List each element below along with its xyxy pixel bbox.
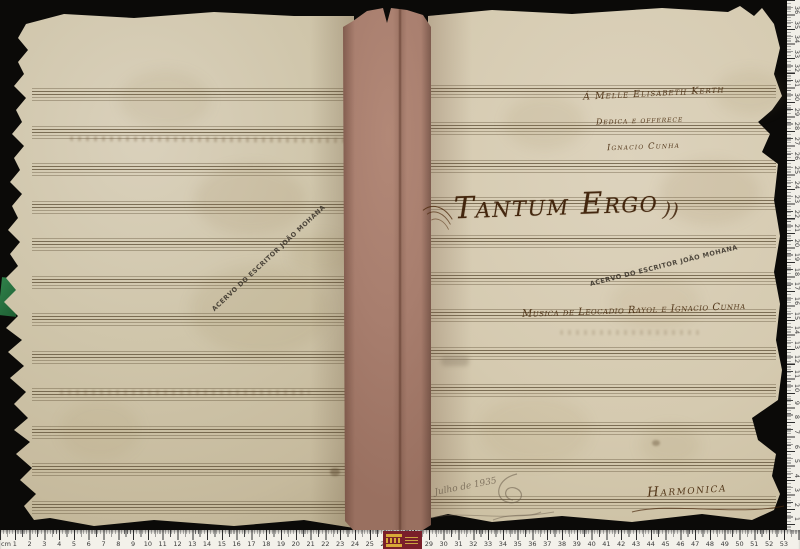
music-staff <box>32 351 352 364</box>
ruler-number-label: 36 <box>793 4 800 16</box>
ruler-number-label: 4 <box>793 470 800 482</box>
ruler-number-label: 36 <box>526 540 538 548</box>
ink-bleedthrough <box>60 390 310 395</box>
archive-logo-text-lines <box>405 537 418 544</box>
ruler-number-label: 1 <box>793 513 800 525</box>
ruler-number-label: 8 <box>112 540 124 548</box>
ruler-number-label: 5 <box>793 455 800 467</box>
ruler-number-label: 14 <box>201 540 213 548</box>
music-staff <box>32 201 352 214</box>
ruler-number-label: 25 <box>364 540 376 548</box>
spine-tape <box>343 5 433 530</box>
ruler-number-label: 31 <box>793 77 800 89</box>
right-page <box>422 4 790 528</box>
ruler-number-label: 15 <box>216 540 228 548</box>
scanned-manuscript-scene: Á Melle Elisabeth Kerth Dedica e offerec… <box>0 0 800 549</box>
ruler-number-label: 49 <box>719 540 731 548</box>
ruler-number-label: 32 <box>793 62 800 74</box>
music-staff <box>32 501 352 514</box>
ruler-number-label: 2 <box>24 540 36 548</box>
music-staff <box>430 422 776 435</box>
ruler-number-label: 25 <box>793 164 800 176</box>
ruler-number-label: 41 <box>600 540 612 548</box>
ruler-number-label: 47 <box>689 540 701 548</box>
ruler-number-label: 22 <box>793 208 800 220</box>
right-page-staves <box>422 4 790 528</box>
ruler-number-label: 29 <box>793 106 800 118</box>
music-staff <box>430 459 776 472</box>
ruler-number-label: 19 <box>275 540 287 548</box>
ruler-number-label: 17 <box>245 540 257 548</box>
ruler-number-label: 50 <box>734 540 746 548</box>
left-page <box>4 6 354 528</box>
ruler-number-label: 53 <box>778 540 790 548</box>
ruler-number-label: 10 <box>142 540 154 548</box>
ruler-number-label: 33 <box>793 48 800 60</box>
ruler-number-label: 21 <box>305 540 317 548</box>
ruler-number-label: 42 <box>615 540 627 548</box>
instrument-underline-icon <box>628 498 788 518</box>
title-tail-flourish: )) <box>661 197 679 223</box>
ruler-number-label: 7 <box>793 426 800 438</box>
ruler-number-label: 35 <box>793 19 800 31</box>
ruler-number-label: 24 <box>793 179 800 191</box>
ruler-number-label: 11 <box>157 540 169 548</box>
ruler-number-label: 14 <box>793 324 800 336</box>
music-staff <box>32 313 352 326</box>
ruler-number-label: 9 <box>127 540 139 548</box>
ruler-number-label: 3 <box>38 540 50 548</box>
ruler-number-label: 6 <box>793 441 800 453</box>
ruler-number-label: 4 <box>53 540 65 548</box>
ruler-number-label: 13 <box>793 339 800 351</box>
music-staff <box>32 163 352 176</box>
music-staff <box>32 463 352 476</box>
music-staff <box>430 347 776 360</box>
ruler-number-label: 23 <box>334 540 346 548</box>
ruler-number-label: 39 <box>571 540 583 548</box>
ruler-number-label: 6 <box>83 540 95 548</box>
ruler-number-label: 30 <box>793 91 800 103</box>
music-staff <box>32 238 352 251</box>
ruler-number-label: 18 <box>260 540 272 548</box>
title-row: Tantum Ergo )) <box>419 184 678 237</box>
archive-logo <box>383 531 422 549</box>
ruler-number-label: 10 <box>793 382 800 394</box>
title-lead-flourish-icon <box>420 199 455 236</box>
ruler-number-label: 9 <box>793 397 800 409</box>
music-staff <box>32 276 352 289</box>
ruler-number-label: 51 <box>748 540 760 548</box>
ruler-number-label: 30 <box>438 540 450 548</box>
ruler-number-label: 46 <box>674 540 686 548</box>
ruler-number-label: 23 <box>793 193 800 205</box>
ruler-number-label: 35 <box>512 540 524 548</box>
ruler-number-label: 26 <box>793 150 800 162</box>
archive-logo-building-icon <box>386 534 402 547</box>
ruler-number-label: 3 <box>793 484 800 496</box>
ruler-number-label: 48 <box>704 540 716 548</box>
ruler-number-label: 27 <box>793 135 800 147</box>
ruler-number-label: 16 <box>231 540 243 548</box>
ruler-number-label: 2 <box>793 499 800 511</box>
ruler-number-label: 20 <box>793 237 800 249</box>
ruler-number-label: 24 <box>349 540 361 548</box>
music-staff <box>32 426 352 439</box>
ruler-number-label: 40 <box>586 540 598 548</box>
ruler-number-label: 16 <box>793 295 800 307</box>
left-page-staves <box>4 6 354 528</box>
ruler-number-label: 34 <box>793 33 800 45</box>
ruler-number-label: 33 <box>482 540 494 548</box>
ruler-number-label: 13 <box>186 540 198 548</box>
ruler-number-label: 22 <box>319 540 331 548</box>
ruler-number-label: 21 <box>793 222 800 234</box>
ruler-number-label: 15 <box>793 310 800 322</box>
ruler-number-label: 32 <box>467 540 479 548</box>
vertical-ruler: 3635343332313029282726252423222120191817… <box>787 0 800 531</box>
ruler-number-label: 29 <box>423 540 435 548</box>
spine-crease <box>399 5 401 530</box>
ruler-number-label: 20 <box>290 540 302 548</box>
ruler-number-label: 5 <box>68 540 80 548</box>
ruler-number-label: 8 <box>793 411 800 423</box>
page-title: Tantum Ergo <box>453 184 659 226</box>
music-staff <box>32 88 352 101</box>
music-staff <box>430 160 776 173</box>
ruler-number-label: 7 <box>98 540 110 548</box>
ruler-number-label: 1 <box>9 540 21 548</box>
ruler-number-label: 34 <box>497 540 509 548</box>
ruler-number-label: 19 <box>793 251 800 263</box>
ruler-number-label: 17 <box>793 280 800 292</box>
ruler-number-label: 43 <box>630 540 642 548</box>
ruler-number-label: 18 <box>793 266 800 278</box>
ruler-number-label: 31 <box>452 540 464 548</box>
ruler-number-label: 28 <box>793 120 800 132</box>
music-staff <box>430 384 776 397</box>
ruler-number-label: 52 <box>763 540 775 548</box>
ruler-number-label: 37 <box>541 540 553 548</box>
ruler-number-label: 45 <box>660 540 672 548</box>
pencil-underline-icon <box>428 500 558 524</box>
ruler-number-label: 12 <box>793 353 800 365</box>
ruler-number-label: 12 <box>171 540 183 548</box>
spine-shading <box>343 5 433 530</box>
ruler-number-label: 44 <box>645 540 657 548</box>
ruler-number-label: 11 <box>793 368 800 380</box>
ruler-number-label: 38 <box>556 540 568 548</box>
ink-bleedthrough <box>560 330 700 335</box>
